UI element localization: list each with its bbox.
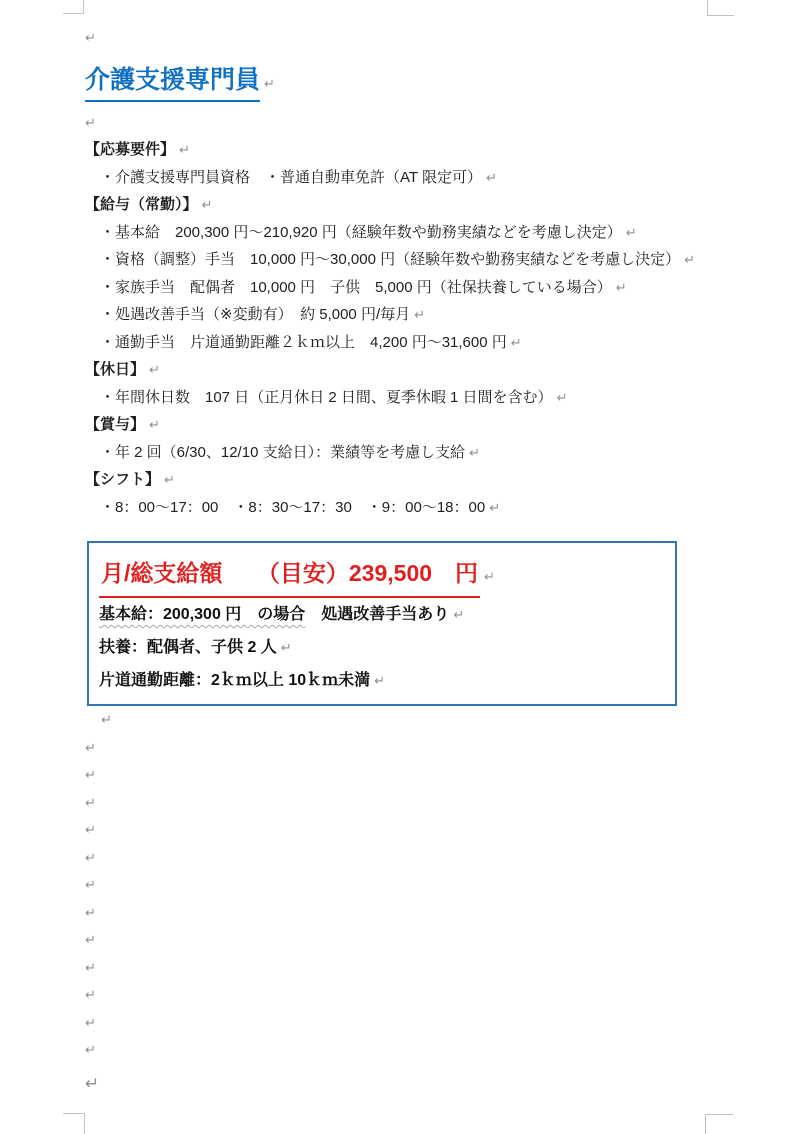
summary-base-salary-rest: 処遇改善手当あり — [305, 606, 449, 623]
body-line-text: ・処遇改善手当（※変動有） 約 5,000 円/毎月 — [100, 306, 410, 323]
body-line-text: ・基本給 200,300 円～210,920 円（経験年数や勤務実績などを考慮し… — [100, 224, 622, 241]
page-title: 介護支援専門員↵ — [85, 61, 735, 103]
body-line-text: ・家族手当 配偶者 10,000 円 子供 5,000 円（社保扶養している場合… — [100, 279, 612, 296]
margin-crop-mark-bottom-right — [705, 1114, 733, 1134]
section-heading-text: 【休日】 — [85, 361, 145, 378]
section-heading-salary: 【給与（常勤）】↵ — [85, 191, 735, 219]
monthly-total-summary-box: 月/総支給額 （目安）239,500 円↵ 基本給：200,300 円 の場合 … — [87, 541, 677, 706]
body-line: ・年間休日数 107 日（正月休日 2 日間、夏季休暇 1 日間を含む）↵ — [85, 384, 735, 412]
paragraph-mark: ↵ — [485, 500, 500, 515]
body-line-text: ・通勤手当 片道通勤距離２ｋｍ以上 4,200 円～31,600 円 — [100, 334, 507, 351]
paragraph-mark: ↵ — [85, 1036, 735, 1064]
paragraph-mark: ↵ — [85, 789, 735, 817]
body-line: ・年 2 回（6/30、12/10 支給日）：業績等を考慮し支給↵ — [85, 439, 735, 467]
paragraph-mark: ↵ — [145, 417, 160, 432]
summary-base-salary-underlined: 基本給：200,300 円 の場合 — [99, 606, 305, 623]
paragraph-mark: ↵ — [370, 673, 385, 688]
section-heading-text: 【応募要件】 — [85, 141, 175, 158]
paragraph-mark: ↵ — [145, 362, 160, 377]
paragraph-mark: ↵ — [85, 899, 735, 927]
paragraph-mark: ↵ — [85, 871, 735, 899]
paragraph-mark: ↵ — [198, 197, 213, 212]
paragraph-mark: ↵ — [465, 445, 480, 460]
document-body: ↵ 介護支援専門員↵ ↵ 【応募要件】↵ ・介護支援専門員資格 ・普通自動車免許… — [85, 0, 735, 1097]
body-line-text: ・年間休日数 107 日（正月休日 2 日間、夏季休暇 1 日間を含む） — [100, 389, 553, 406]
summary-line-dependents: 扶養：配偶者、子供 2 人↵ — [99, 631, 665, 664]
paragraph-mark: ↵ — [85, 24, 735, 51]
paragraph-mark: ↵ — [85, 761, 735, 789]
paragraph-mark: ↵ — [680, 252, 695, 267]
document-page: ↵ 介護支援専門員↵ ↵ 【応募要件】↵ ・介護支援専門員資格 ・普通自動車免許… — [0, 0, 800, 1134]
paragraph-mark: ↵ — [85, 1070, 735, 1097]
summary-line-base-salary: 基本給：200,300 円 の場合 処遇改善手当あり↵ — [99, 598, 665, 631]
body-line: ・家族手当 配偶者 10,000 円 子供 5,000 円（社保扶養している場合… — [85, 274, 735, 302]
body-line: ・資格（調整）手当 10,000 円～30,000 円（経験年数や勤務実績などを… — [85, 246, 735, 274]
paragraph-mark: ↵ — [85, 926, 735, 954]
body-line: ・通勤手当 片道通勤距離２ｋｍ以上 4,200 円～31,600 円↵ — [85, 329, 735, 357]
paragraph-mark: ↵ — [85, 734, 735, 762]
paragraph-mark: ↵ — [85, 954, 735, 982]
paragraph-mark: ↵ — [85, 816, 735, 844]
body-line-text: ・介護支援専門員資格 ・普通自動車免許（AT 限定可） — [100, 169, 482, 186]
paragraph-mark: ↵ — [449, 607, 464, 622]
paragraph-mark: ↵ — [85, 844, 735, 872]
section-heading-shift: 【シフト】↵ — [85, 466, 735, 494]
margin-crop-mark-top-left — [63, 0, 84, 14]
body-line-text: ・資格（調整）手当 10,000 円～30,000 円（経験年数や勤務実績などを… — [100, 251, 680, 268]
body-line: ・処遇改善手当（※変動有） 約 5,000 円/毎月↵ — [85, 301, 735, 329]
body-line: ・介護支援専門員資格 ・普通自動車免許（AT 限定可）↵ — [85, 164, 735, 192]
page-title-text: 介護支援専門員 — [85, 61, 260, 102]
section-heading-bonus: 【賞与】↵ — [85, 411, 735, 439]
paragraph-mark: ↵ — [622, 225, 637, 240]
margin-crop-mark-bottom-left — [63, 1113, 85, 1134]
section-heading-text: 【シフト】 — [85, 471, 160, 488]
paragraph-mark: ↵ — [553, 390, 568, 405]
paragraph-mark: ↵ — [101, 706, 735, 734]
paragraph-mark: ↵ — [480, 569, 495, 584]
section-heading-text: 【賞与】 — [85, 416, 145, 433]
paragraph-mark: ↵ — [612, 280, 627, 295]
paragraph-mark: ↵ — [85, 109, 735, 136]
paragraph-mark: ↵ — [410, 307, 425, 322]
section-heading-holidays: 【休日】↵ — [85, 356, 735, 384]
monthly-total-heading: 月/総支給額 （目安）239,500 円↵ — [99, 553, 665, 598]
summary-commute-text: 片道通勤距離：2ｋｍ以上 10ｋｍ未満 — [99, 672, 370, 689]
summary-line-commute: 片道通勤距離：2ｋｍ以上 10ｋｍ未満↵ — [99, 664, 665, 697]
section-heading-text: 【給与（常勤）】 — [85, 196, 198, 213]
paragraph-mark: ↵ — [160, 472, 175, 487]
body-line-text: ・8：00～17：00 ・8：30～17：30 ・9：00～18：00 — [100, 499, 485, 516]
paragraph-mark: ↵ — [85, 1009, 735, 1037]
body-line-text: ・年 2 回（6/30、12/10 支給日）：業績等を考慮し支給 — [100, 444, 465, 461]
section-heading-requirements: 【応募要件】↵ — [85, 136, 735, 164]
paragraph-mark: ↵ — [85, 981, 735, 1009]
paragraph-mark: ↵ — [482, 170, 497, 185]
paragraph-mark: ↵ — [175, 142, 190, 157]
summary-dependents-text: 扶養：配偶者、子供 2 人 — [99, 639, 277, 656]
monthly-total-amount: 月/総支給額 （目安）239,500 円 — [99, 553, 480, 598]
paragraph-mark: ↵ — [507, 335, 522, 350]
body-line: ・基本給 200,300 円～210,920 円（経験年数や勤務実績などを考慮し… — [85, 219, 735, 247]
body-line: ・8：00～17：00 ・8：30～17：30 ・9：00～18：00↵ — [85, 494, 735, 522]
paragraph-mark: ↵ — [260, 76, 275, 91]
paragraph-mark: ↵ — [277, 640, 292, 655]
